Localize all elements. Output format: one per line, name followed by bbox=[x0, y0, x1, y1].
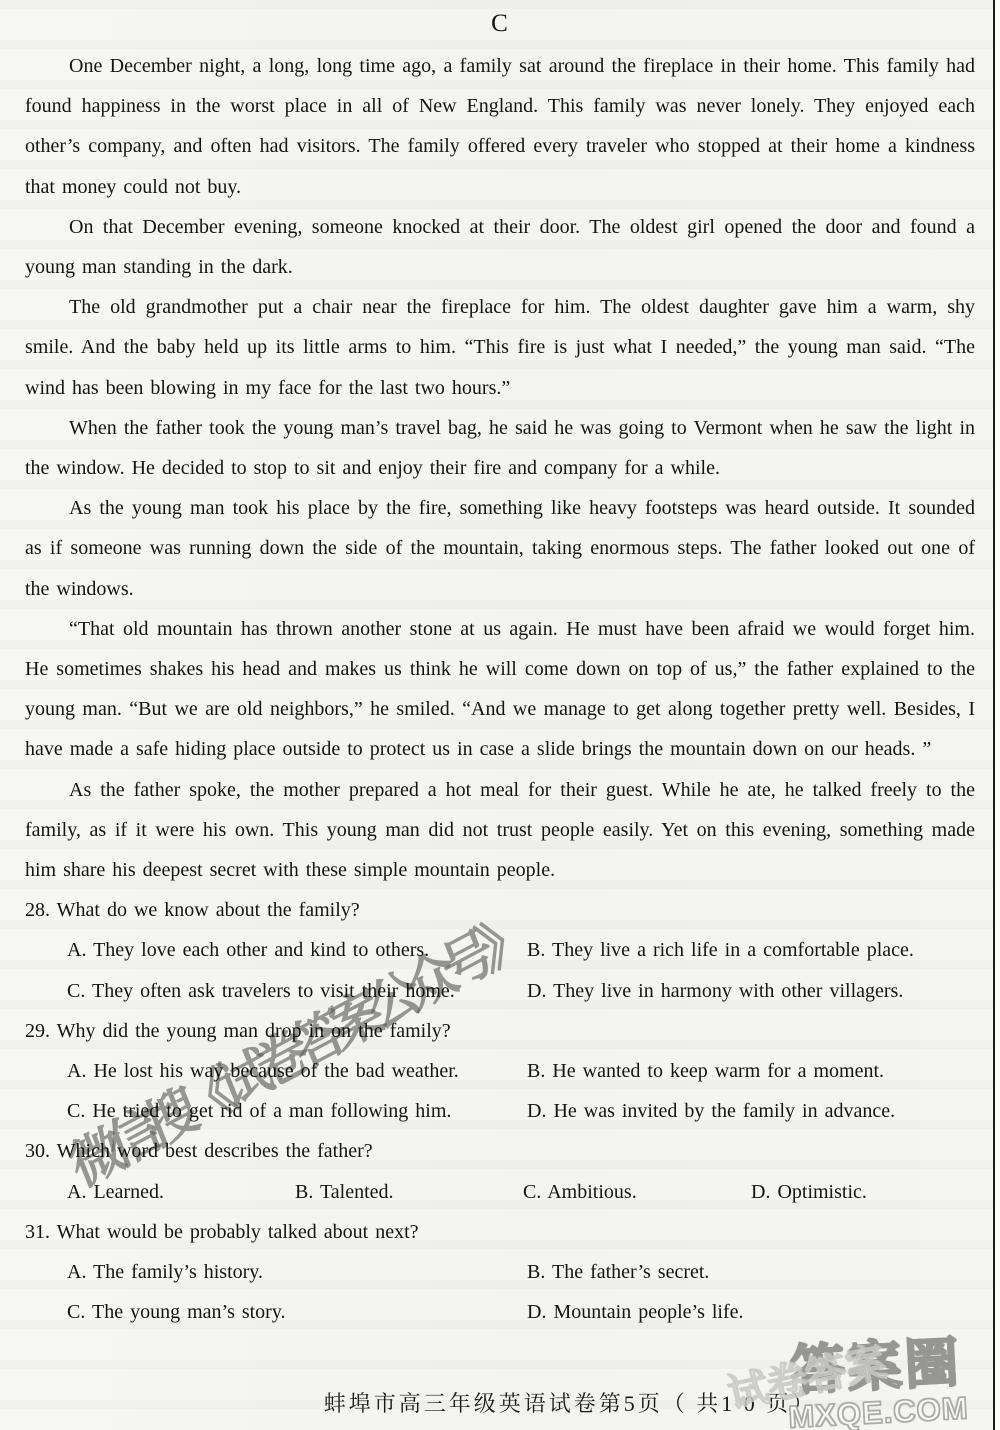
question-29-options-row-1: A. He lost his way because of the bad we… bbox=[25, 1051, 975, 1091]
passage-paragraph: When the father took the young man’s tra… bbox=[25, 408, 975, 488]
question-31-option-c: C. The young man’s story. bbox=[67, 1292, 527, 1332]
passage-paragraph: As the young man took his place by the f… bbox=[25, 488, 975, 609]
question-30-option-d: D. Optimistic. bbox=[751, 1172, 867, 1212]
question-28-options-row-2: C. They often ask travelers to visit the… bbox=[25, 971, 975, 1011]
passage-paragraph: On that December evening, someone knocke… bbox=[25, 207, 975, 287]
question-31-option-b: B. The father’s secret. bbox=[527, 1252, 709, 1292]
exam-page: C One December night, a long, long time … bbox=[0, 0, 1000, 1430]
question-30-stem: 30. Which word best describes the father… bbox=[25, 1131, 975, 1171]
question-30: 30. Which word best describes the father… bbox=[25, 1131, 975, 1211]
passage-section: C One December night, a long, long time … bbox=[25, 6, 975, 1333]
question-30-option-b: B. Talented. bbox=[295, 1172, 523, 1212]
question-28: 28. What do we know about the family? A.… bbox=[25, 890, 975, 1011]
question-31-option-a: A. The family’s history. bbox=[67, 1252, 527, 1292]
question-29-option-c: C. He tried to get rid of a man followin… bbox=[67, 1091, 527, 1131]
question-30-option-a: A. Learned. bbox=[67, 1172, 295, 1212]
question-31-options-row-2: C. The young man’s story. D. Mountain pe… bbox=[25, 1292, 975, 1332]
question-29-option-a: A. He lost his way because of the bad we… bbox=[67, 1051, 527, 1091]
question-28-options-row-1: A. They love each other and kind to othe… bbox=[25, 930, 975, 970]
page-footer: 蚌埠市高三年级英语试卷第5页（ 共1 0 页） bbox=[140, 1387, 1000, 1418]
passage-paragraph: “That old mountain has thrown another st… bbox=[25, 609, 975, 770]
question-28-option-a: A. They love each other and kind to othe… bbox=[67, 930, 527, 970]
question-31-option-d: D. Mountain people’s life. bbox=[527, 1292, 744, 1332]
scan-right-margin bbox=[995, 0, 1000, 1430]
question-28-option-c: C. They often ask travelers to visit the… bbox=[67, 971, 527, 1011]
question-29: 29. Why did the young man drop in on the… bbox=[25, 1011, 975, 1132]
question-28-stem: 28. What do we know about the family? bbox=[25, 890, 975, 930]
question-28-option-d: D. They live in harmony with other villa… bbox=[527, 971, 903, 1011]
question-31: 31. What would be probably talked about … bbox=[25, 1212, 975, 1333]
question-29-stem: 29. Why did the young man drop in on the… bbox=[25, 1011, 975, 1051]
passage-paragraph: As the father spoke, the mother prepared… bbox=[25, 770, 975, 891]
passage-paragraph: The old grandmother put a chair near the… bbox=[25, 287, 975, 408]
question-29-option-b: B. He wanted to keep warm for a moment. bbox=[527, 1051, 884, 1091]
question-29-option-d: D. He was invited by the family in advan… bbox=[527, 1091, 895, 1131]
passage-paragraph: One December night, a long, long time ag… bbox=[25, 46, 975, 207]
question-30-option-c: C. Ambitious. bbox=[523, 1172, 751, 1212]
section-label: C bbox=[25, 6, 975, 46]
question-30-options-row: A. Learned. B. Talented. C. Ambitious. D… bbox=[25, 1172, 975, 1212]
question-28-option-b: B. They live a rich life in a comfortabl… bbox=[527, 930, 914, 970]
question-31-stem: 31. What would be probably talked about … bbox=[25, 1212, 975, 1252]
scan-edge-line bbox=[993, 0, 995, 1430]
question-31-options-row-1: A. The family’s history. B. The father’s… bbox=[25, 1252, 975, 1292]
question-29-options-row-2: C. He tried to get rid of a man followin… bbox=[25, 1091, 975, 1131]
